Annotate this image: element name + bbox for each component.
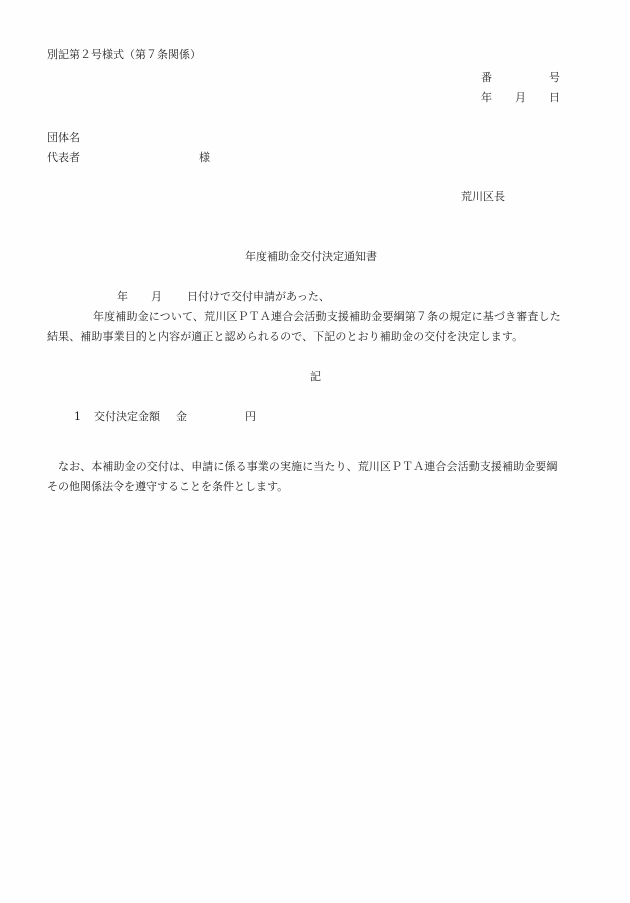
note-line2: その他関係法令を遵守することを条件とします。 [47, 481, 288, 492]
item-number: 1 [74, 411, 81, 422]
date-month-label: 月 [515, 92, 526, 103]
number-label-ban: 番 [481, 72, 492, 83]
body-line2: 年度補助金について、荒川区ＰＴＡ連合会活動支援補助金要綱第７条の規定に基づき審査… [93, 311, 561, 322]
item-yen: 円 [245, 411, 256, 422]
honorific-sama: 様 [199, 152, 210, 163]
representative-label: 代表者 [47, 152, 80, 163]
document-title: 年度補助金交付決定通知書 [245, 251, 377, 262]
body-year-label: 年 [117, 291, 128, 302]
item-label: 交付決定金額 [94, 411, 160, 422]
body-line1: 日付けで交付申請があった、 [187, 291, 330, 302]
sender-mayor: 荒川区長 [461, 191, 505, 202]
date-day-label: 日 [549, 92, 560, 103]
number-label-go: 号 [549, 72, 560, 83]
date-year-label: 年 [481, 92, 492, 103]
body-month-label: 月 [151, 291, 162, 302]
document-page: 別記第２号様式（第７条関係） 番 号 年 月 日 団体名 代表者 様 荒川区長 … [0, 0, 630, 903]
body-line3: 結果、補助事業目的と内容が適正と認められるので、下記のとおり補助金の交付を決定し… [47, 331, 523, 342]
organization-label: 団体名 [47, 132, 80, 143]
ki-heading: 記 [310, 371, 321, 382]
item-kin: 金 [176, 411, 187, 422]
note-line1: なお、本補助金の交付は、申請に係る事業の実施に当たり、荒川区ＰＴＡ連合会活動支援… [58, 461, 558, 472]
form-label: 別記第２号様式（第７条関係） [47, 49, 201, 60]
